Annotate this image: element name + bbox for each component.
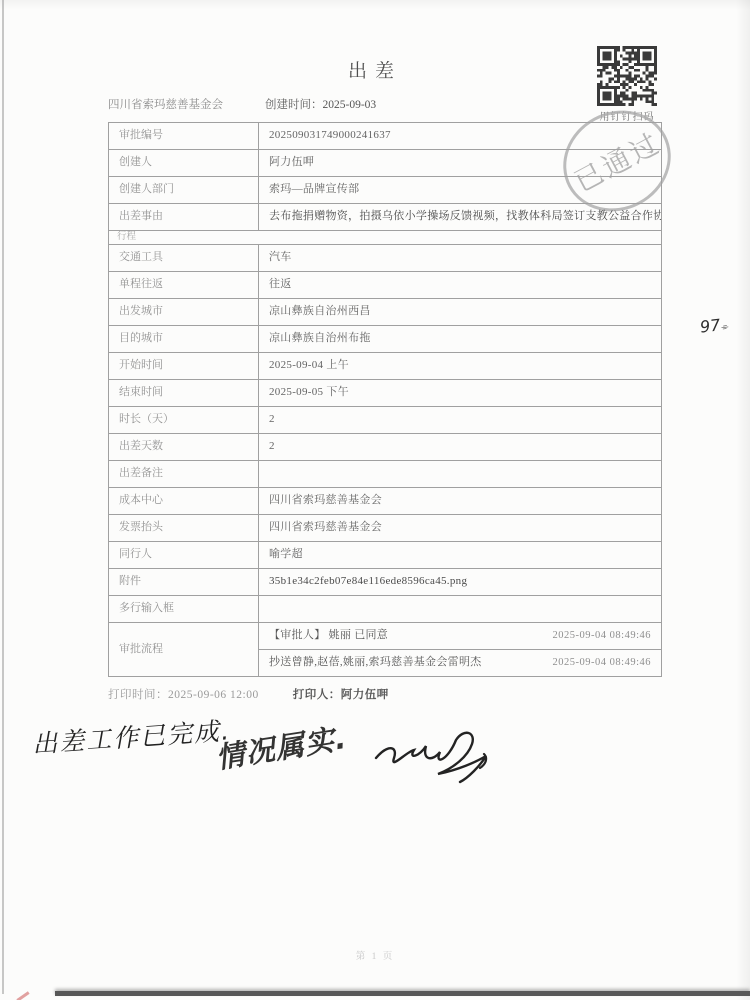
field-label: 交通工具 <box>109 245 259 272</box>
field-label: 结束时间 <box>109 380 259 407</box>
print-info-line: 打印时间：2025-09-06 12:00 打印人：阿力伍呷 <box>108 686 389 702</box>
print-time-label: 打印时间： <box>108 689 168 701</box>
scanned-document-page: 出差 四川省索玛慈善基金会 创建时间：2025-09-03 用钉钉扫码 已通过 … <box>0 0 750 1000</box>
handwritten-margin-number: 97⌯ <box>699 314 729 336</box>
approval-entry: 【审批人】 姚丽 已同意2025-09-04 08:49:46 <box>259 623 662 650</box>
form-field-row: 结束时间2025-09-05 下午 <box>109 380 662 407</box>
created-time-value: 2025-09-03 <box>323 99 377 111</box>
scan-bottom-edge-band <box>55 991 750 996</box>
field-value: 凉山彝族自治州布拖 <box>259 326 662 353</box>
field-label: 审批编号 <box>109 123 259 150</box>
printer-label: 打印人： <box>293 689 341 701</box>
field-label: 出差备注 <box>109 461 259 488</box>
meta-line: 四川省索玛慈善基金会 创建时间：2025-09-03 <box>108 96 568 112</box>
field-label: 成本中心 <box>109 488 259 515</box>
field-value: 2 <box>259 407 662 434</box>
form-field-row: 审批编号202509031749000241637 <box>109 123 662 150</box>
printer-value: 阿力伍呷 <box>341 689 389 701</box>
approval-entry-text: 抄送曾静,赵蓓,姚丽,索玛慈善基金会雷明杰 <box>269 656 482 670</box>
approval-entry-timestamp: 2025-09-04 08:49:46 <box>553 656 651 669</box>
printer-name: 打印人：阿力伍呷 <box>293 686 389 702</box>
field-value: 往返 <box>259 272 662 299</box>
field-label: 开始时间 <box>109 353 259 380</box>
form-field-row: 时长（天）2 <box>109 407 662 434</box>
field-label: 创建人 <box>109 150 259 177</box>
field-label: 目的城市 <box>109 326 259 353</box>
section-row: 行程 <box>109 231 662 245</box>
field-value: 去布拖捐赠物资，拍摄乌依小学操场反馈视频，找教体科局签订支教公益合作协议。 <box>259 204 662 231</box>
field-value: 索玛—品牌宣传部 <box>259 177 662 204</box>
field-value: 2 <box>259 434 662 461</box>
field-label: 出差天数 <box>109 434 259 461</box>
business-trip-form-table: 审批编号202509031749000241637创建人阿力伍呷创建人部门索玛—… <box>108 122 662 677</box>
scan-left-edge-line <box>2 0 4 994</box>
section-label: 行程 <box>109 231 662 245</box>
field-value: 四川省索玛慈善基金会 <box>259 488 662 515</box>
field-label: 创建人部门 <box>109 177 259 204</box>
field-value: 2025-09-04 上午 <box>259 353 662 380</box>
form-table-body: 审批编号202509031749000241637创建人阿力伍呷创建人部门索玛—… <box>109 123 662 677</box>
field-label: 附件 <box>109 569 259 596</box>
field-value: 凉山彝族自治州西昌 <box>259 299 662 326</box>
form-field-row: 发票抬头四川省索玛慈善基金会 <box>109 515 662 542</box>
scan-top-shade <box>0 0 750 10</box>
form-field-row: 出发城市凉山彝族自治州西昌 <box>109 299 662 326</box>
field-label: 单程往返 <box>109 272 259 299</box>
print-time-value: 2025-09-06 12:00 <box>168 689 259 701</box>
approval-flow-row: 审批流程【审批人】 姚丽 已同意2025-09-04 08:49:46 <box>109 623 662 650</box>
field-value: 阿力伍呷 <box>259 150 662 177</box>
field-value: 汽车 <box>259 245 662 272</box>
page-number: 第 1 页 <box>0 948 750 962</box>
field-label: 多行输入框 <box>109 596 259 623</box>
field-label: 时长（天） <box>109 407 259 434</box>
field-value <box>259 461 662 488</box>
qr-block: 用钉钉扫码 <box>594 46 660 123</box>
field-label: 发票抬头 <box>109 515 259 542</box>
created-time: 创建时间：2025-09-03 <box>265 96 376 112</box>
handwritten-note-verified: 情况属实. <box>213 716 350 777</box>
field-value: 喻学超 <box>259 542 662 569</box>
form-field-row: 同行人喻学超 <box>109 542 662 569</box>
field-value: 2025-09-05 下午 <box>259 380 662 407</box>
organization-name: 四川省索玛慈善基金会 <box>108 96 223 112</box>
form-field-row: 目的城市凉山彝族自治州布拖 <box>109 326 662 353</box>
form-field-row: 创建人部门索玛—品牌宣传部 <box>109 177 662 204</box>
field-value <box>259 596 662 623</box>
qr-code-icon <box>596 46 658 106</box>
approval-entry: 抄送曾静,赵蓓,姚丽,索玛慈善基金会雷明杰2025-09-04 08:49:46 <box>259 650 662 677</box>
created-time-label: 创建时间： <box>265 99 323 111</box>
field-label: 出差事由 <box>109 204 259 231</box>
form-field-row: 成本中心四川省索玛慈善基金会 <box>109 488 662 515</box>
approval-entry-timestamp: 2025-09-04 08:49:46 <box>553 629 651 642</box>
scan-corner-mark <box>16 991 29 1000</box>
field-label: 出发城市 <box>109 299 259 326</box>
form-field-row: 出差天数2 <box>109 434 662 461</box>
field-label: 同行人 <box>109 542 259 569</box>
form-field-row: 多行输入框 <box>109 596 662 623</box>
field-label: 审批流程 <box>109 623 259 677</box>
handwritten-note-completed: 出差工作已完成. <box>31 711 232 761</box>
form-field-row: 出差备注 <box>109 461 662 488</box>
form-field-row: 单程往返往返 <box>109 272 662 299</box>
scan-right-shade <box>736 0 750 1000</box>
form-field-row: 创建人阿力伍呷 <box>109 150 662 177</box>
field-value: 四川省索玛慈善基金会 <box>259 515 662 542</box>
field-value: 202509031749000241637 <box>259 123 662 150</box>
form-field-row: 开始时间2025-09-04 上午 <box>109 353 662 380</box>
field-value: 35b1e34c2feb07e84e116ede8596ca45.png <box>259 569 662 596</box>
form-field-row: 出差事由去布拖捐赠物资，拍摄乌依小学操场反馈视频，找教体科局签订支教公益合作协议… <box>109 204 662 231</box>
approval-entry-text: 【审批人】 姚丽 已同意 <box>269 629 388 643</box>
form-field-row: 交通工具汽车 <box>109 245 662 272</box>
print-time: 打印时间：2025-09-06 12:00 <box>108 686 259 702</box>
form-field-row: 附件35b1e34c2feb07e84e116ede8596ca45.png <box>109 569 662 596</box>
qr-caption: 用钉钉扫码 <box>594 108 660 123</box>
handwritten-signature-scribble <box>368 716 498 796</box>
